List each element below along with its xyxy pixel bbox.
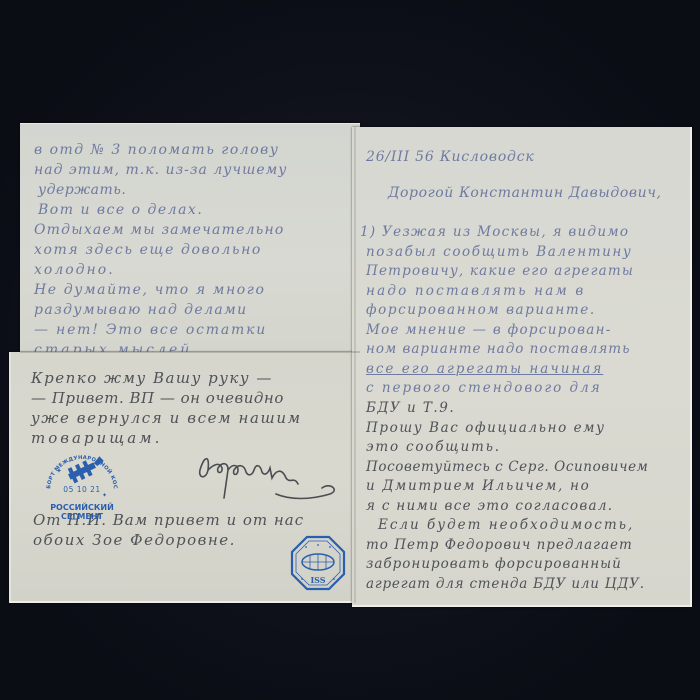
paper-fold-vertical: [354, 127, 356, 603]
text-line: все его агрегаты начиная: [366, 360, 634, 380]
text-line: хотя здесь еще довольно: [34, 240, 287, 260]
text-line: агрегат для стенда БДУ или ЦДУ.: [366, 575, 648, 595]
iss-round-stamp: БОРТ МЕЖДУНАРОДНОЙ КОСМИЧЕСКОЙ СТАНЦИИ ✦…: [42, 445, 122, 525]
text-line: Посоветуйтесь с Серг. Осиповичем: [366, 458, 648, 478]
text-line: с первого стендового для: [366, 379, 634, 399]
letter-date: 26/III 56 Кисловодск: [366, 149, 535, 165]
text-line: Мое мнение — в форсирован-: [366, 321, 634, 341]
text-line: ном варианте надо поставлять: [366, 340, 634, 360]
right-page: 26/III 56 Кисловодск Дорогой Константин …: [352, 127, 692, 607]
text-line: Отдыхаем мы замечательно: [34, 220, 287, 240]
text-line: Прошу Вас официально ему: [366, 419, 648, 439]
text-line: позабыл сообщить Валентину: [366, 243, 634, 263]
text-line: Если будет необходимость,: [378, 516, 648, 536]
text-line: Петровичу, какие его агрегаты: [366, 262, 634, 282]
text-line: — Привет. ВП — он очевидно: [31, 388, 302, 408]
text-line: забронировать форсированный: [366, 555, 648, 575]
text-line: раздумываю над делами: [34, 300, 287, 320]
text-line: уже вернулся и всем нашим: [31, 408, 302, 428]
text-line: и Дмитрием Ильичем, но: [366, 477, 648, 497]
text-line: холодно.: [34, 260, 287, 280]
closing-text: Крепко жму Вашу руку — — Привет. ВП — он…: [31, 368, 302, 448]
iss-octagon-stamp: ISS: [290, 535, 346, 591]
svg-text:✦: ✦: [56, 467, 62, 475]
letter-body-grey: БДУ и Т.9. Прошу Вас официально ему это …: [366, 399, 648, 594]
stamp-date: 05 10 21: [60, 485, 104, 494]
stamp-segment-line1: РОССИЙСКИЙ: [42, 503, 122, 512]
text-line: форсированном варианте.: [366, 301, 634, 321]
left-page-top-section: в отд № 3 поломать голову над этим, т.к.…: [20, 123, 360, 354]
text-line: Крепко жму Вашу руку —: [31, 368, 302, 388]
text-line: Не думайте, что я много: [34, 280, 287, 300]
text-line: то Петр Федорович предлагает: [366, 536, 648, 556]
text-line: обоих Зое Федоровне.: [33, 530, 304, 550]
text-line: — нет! Это все остатки: [34, 320, 287, 340]
text-line: удержать.: [38, 180, 287, 200]
text-line: надо поставлять нам в: [366, 282, 634, 302]
letter-body-blue: 1) Уезжая из Москвы, я видимо позабыл со…: [360, 223, 634, 399]
text-line: 1) Уезжая из Москвы, я видимо: [360, 223, 634, 243]
text-line: в отд № 3 поломать голову: [34, 140, 287, 160]
paper-fold-horizontal: [20, 351, 360, 353]
text-line: я с ними все это согласовал.: [366, 497, 648, 517]
text-line: это сообщить.: [366, 438, 648, 458]
text-line: БДУ и Т.9.: [366, 399, 648, 419]
text-line: над этим, т.к. из-за лучшему: [34, 160, 287, 180]
left-top-text: в отд № 3 поломать голову над этим, т.к.…: [32, 140, 287, 360]
stamp-iss-label: ISS: [290, 575, 346, 585]
text-line: Вот и все о делах.: [38, 200, 287, 220]
stamp-segment-line2: СЕГМЕНТ: [42, 512, 122, 521]
letter-salutation: Дорогой Константин Давыдович,: [388, 185, 662, 201]
signature-korolev: Королёв: [190, 448, 340, 508]
